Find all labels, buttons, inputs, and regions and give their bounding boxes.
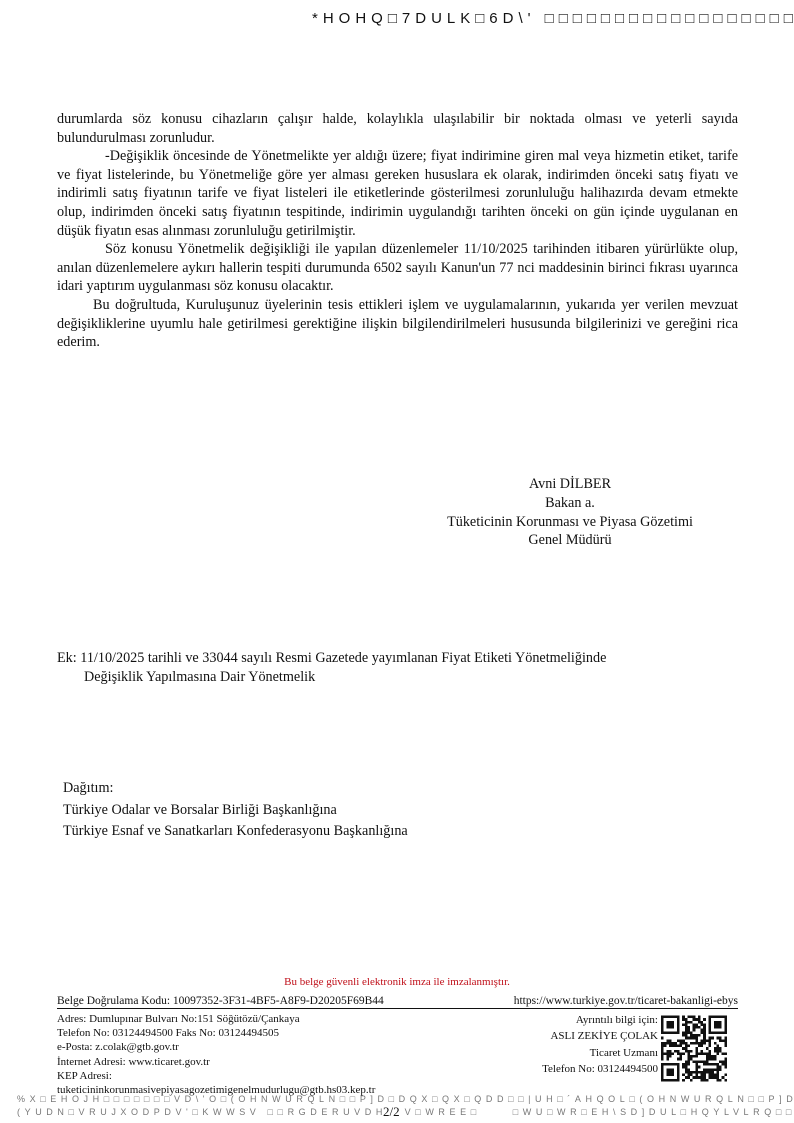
details-label: Ayrıntılı bilgi için: <box>542 1012 658 1028</box>
footer-encoded-line2: (YUDN□VRUJXODPDV'□KWWSV □□RGDERUVDHE\V□W… <box>17 1107 794 1117</box>
signatory-role: Bakan a. <box>400 494 740 513</box>
contact-phone-fax: Telefon No: 03124494500 Faks No: 0312449… <box>57 1026 375 1040</box>
footer-encoded-line2-tail: □WU□WR□EH\SD]DUL□HQYLVLRQ□□DOLGDWHB'RF□D… <box>513 1107 794 1117</box>
footer-encoded-line2-head: (YUDN□VRUJXODPDV'□KWWSV □□RGDERUVDHE\V□W… <box>17 1107 481 1117</box>
verification-code: Belge Doğrulama Kodu: 10097352-3F31-4BF5… <box>57 995 384 1007</box>
verification-row: Belge Doğrulama Kodu: 10097352-3F31-4BF5… <box>57 995 738 1009</box>
details-contact: Ayrıntılı bilgi için: ASLI ZEKİYE ÇOLAK … <box>542 1012 658 1077</box>
signatory-title-line2: Genel Müdürü <box>400 531 740 550</box>
letter-body: durumlarda söz konusu cihazların çalışır… <box>57 110 738 352</box>
verification-url-link[interactable]: https://www.turkiye.gov.tr/ticaret-bakan… <box>514 995 738 1007</box>
attachment-line1: 11/10/2025 tarihli ve 33044 sayılı Resmi… <box>80 650 606 666</box>
contact-info: Adres: Dumlupınar Bulvarı No:151 Söğütöz… <box>57 1012 375 1097</box>
body-paragraph: -Değişiklik öncesinde de Yönetmelikte ye… <box>57 147 738 240</box>
contact-kep-label: KEP Adresi: <box>57 1069 375 1083</box>
body-paragraph: durumlarda söz konusu cihazların çalışır… <box>57 110 738 147</box>
distribution-label: Dağıtım: <box>63 778 408 800</box>
signatory-name: Avni DİLBER <box>400 475 740 494</box>
e-signature-note: Bu belge güvenli elektronik imza ile imz… <box>0 976 794 988</box>
details-name: ASLI ZEKİYE ÇOLAK <box>542 1028 658 1044</box>
qr-code-icon <box>661 1015 727 1082</box>
attachment-block: Ek: 11/10/2025 tarihli ve 33044 sayılı R… <box>57 649 606 687</box>
details-phone: Telefon No: 03124494500 <box>542 1061 658 1077</box>
body-paragraph: Bu doğrultuda, Kuruluşunuz üyelerinin te… <box>57 296 738 352</box>
distribution-block: Dağıtım: Türkiye Odalar ve Borsalar Birl… <box>63 778 408 843</box>
attachment-line2: Değişiklik Yapılmasına Dair Yönetmelik <box>57 668 606 687</box>
footer-encoded-line1: %X□EHOJH□□□□□□□VD\'O□(OHNWURQLN□□P]D□DQX… <box>17 1094 794 1104</box>
distribution-recipient: Türkiye Odalar ve Borsalar Birliği Başka… <box>63 800 408 822</box>
page-number: 2/2 <box>382 1104 401 1120</box>
signature-block: Avni DİLBER Bakan a. Tüketicinin Korunma… <box>400 475 740 550</box>
header-encoded-title: *HOHQ□7DULK□6D\' □□□□□□□□□□□□□□□□□□□ <box>312 10 794 27</box>
signatory-title-line1: Tüketicinin Korunması ve Piyasa Gözetimi <box>400 513 740 532</box>
details-title: Ticaret Uzmanı <box>542 1045 658 1061</box>
attachment-label: Ek: <box>57 650 77 666</box>
body-paragraph: Söz konusu Yönetmelik değişikliği ile ya… <box>57 240 738 296</box>
distribution-recipient: Türkiye Esnaf ve Sanatkarları Konfederas… <box>63 821 408 843</box>
contact-website[interactable]: İnternet Adresi: www.ticaret.gov.tr <box>57 1055 375 1069</box>
contact-address: Adres: Dumlupınar Bulvarı No:151 Söğütöz… <box>57 1012 375 1026</box>
contact-email[interactable]: e-Posta: z.colak@gtb.gov.tr <box>57 1040 375 1054</box>
